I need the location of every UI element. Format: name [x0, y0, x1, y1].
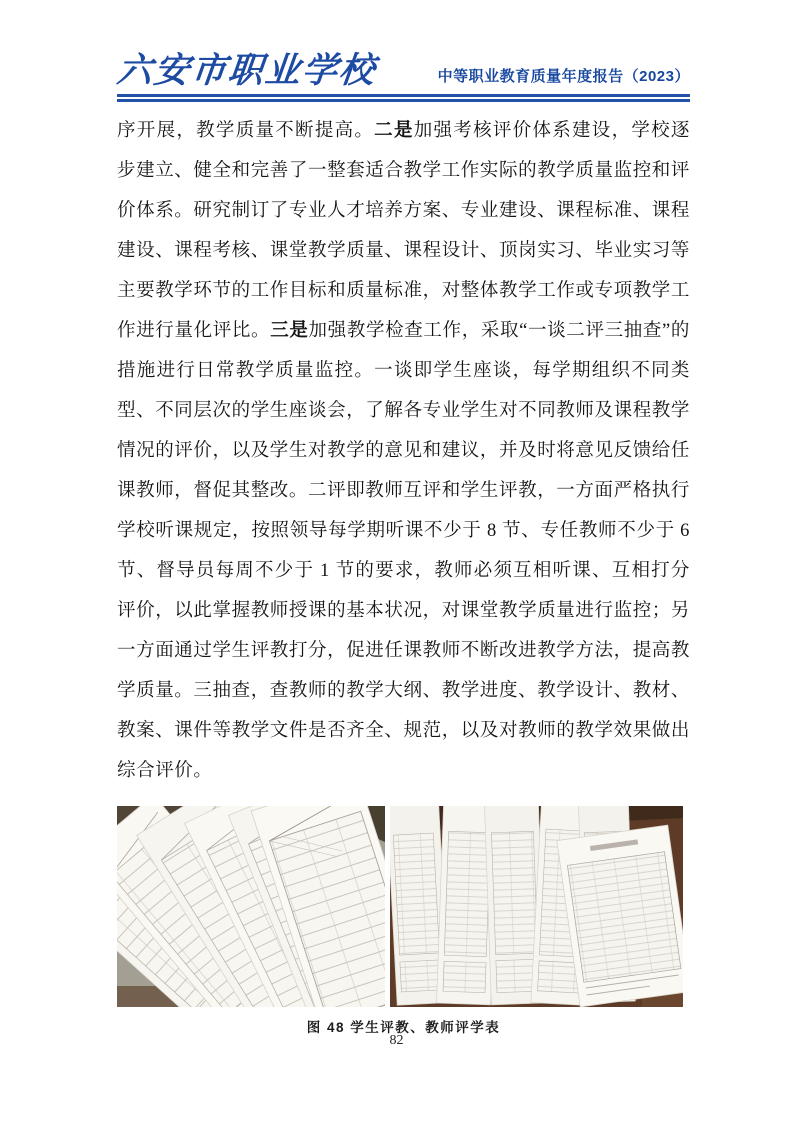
header-divider: [117, 94, 690, 102]
photo-student-evaluation-forms: [117, 806, 385, 1007]
page-body: 序开展，教学质量不断提高。二是加强考核评价体系建设，学校逐步建立、健全和完善了一…: [117, 111, 690, 1036]
report-title: 中等职业教育质量年度报告（2023）: [438, 65, 690, 91]
bold-run: 三是: [270, 321, 308, 341]
school-logo: 六安市职业学校: [115, 52, 378, 91]
text-run: 加强考核评价体系建设，学校逐步建立、健全和完善了一整套适合教学工作实际的教学质量…: [117, 121, 690, 341]
text-run: 序开展，教学质量不断提高。: [117, 121, 374, 141]
bold-run: 二是: [374, 121, 414, 141]
page: 六安市职业学校 中等职业教育质量年度报告（2023） 序开展，教学质量不断提高。…: [0, 0, 793, 1122]
body-paragraph: 序开展，教学质量不断提高。二是加强考核评价体系建设，学校逐步建立、健全和完善了一…: [117, 111, 690, 791]
page-header: 六安市职业学校 中等职业教育质量年度报告（2023）: [117, 0, 690, 91]
text-run: 加强教学检查工作，采取“一谈二评三抽查”的措施进行日常教学质量监控。一谈即学生座…: [117, 321, 690, 781]
photo-teacher-evaluation-forms: [390, 806, 683, 1007]
page-number: 82: [0, 1033, 793, 1049]
figure-photos: [117, 806, 690, 1007]
